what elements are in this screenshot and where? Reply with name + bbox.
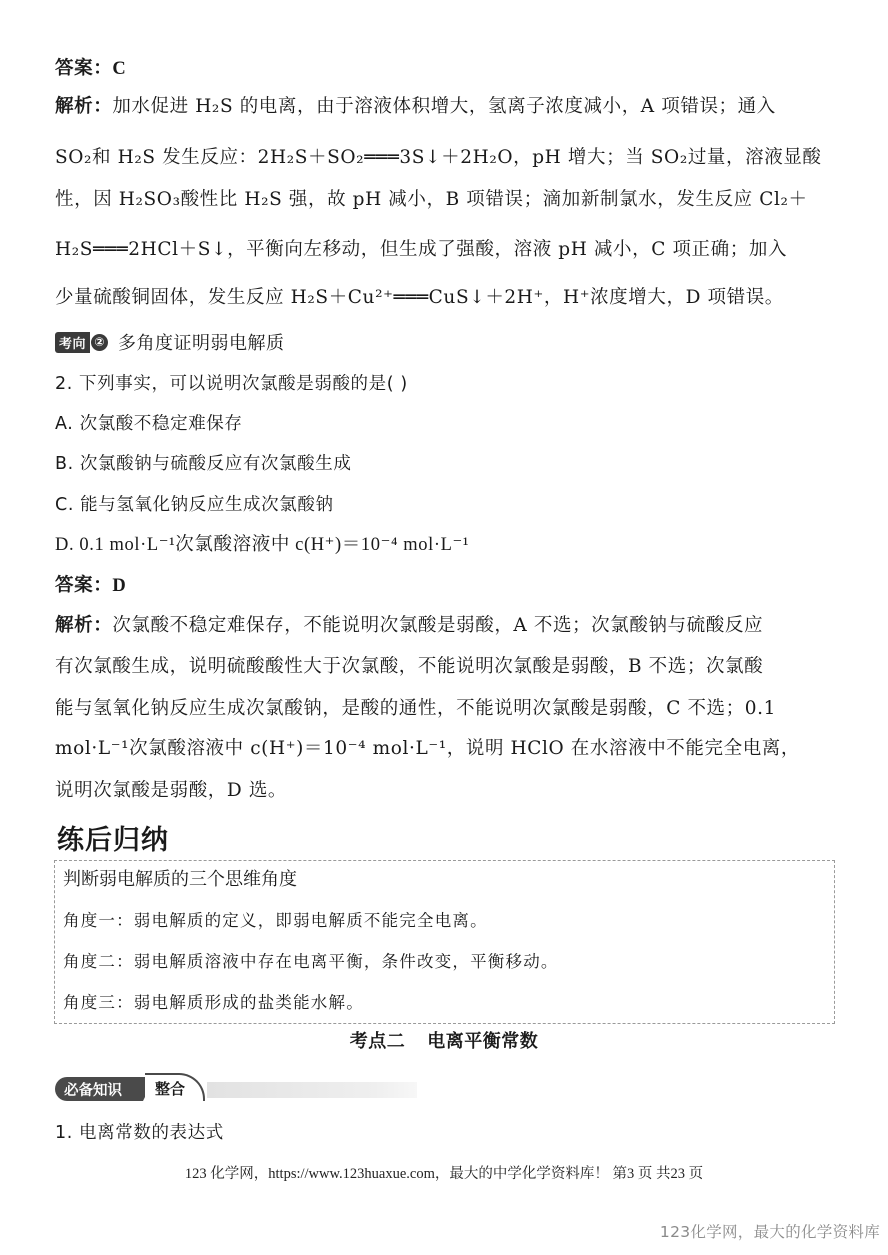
answer-label: 答案： [55,58,112,79]
section-heading: 考点二电离平衡常数 [0,1027,888,1053]
knowledge-banner: 必备知识 整合 [55,1076,415,1102]
page-footer: 123 化学网，https://www.123huaxue.com，最大的中学化… [0,1162,888,1183]
summary-item: 角度一：弱电解质的定义，即弱电解质不能完全电离。 [63,907,488,931]
answer-value: D [112,576,126,596]
answer-label: 答案： [55,575,112,596]
summary-box-title: 判断弱电解质的三个思维角度 [63,865,297,891]
section-title: 电离平衡常数 [427,1031,538,1052]
knowledge-bar [207,1082,417,1098]
analysis-line: 少量硫酸铜固体，发生反应 H₂S＋Cu²⁺═══CuS↓＋2H⁺，H⁺浓度增大，… [55,286,835,310]
option-a: A. 次氯酸不稳定难保存 [55,412,835,436]
answer-value: C [112,59,126,79]
watermark: 123化学网，最大的化学资料库 [660,1220,880,1242]
option-b: B. 次氯酸钠与硫酸反应有次氯酸生成 [55,452,835,476]
knowledge-item: 1. 电离常数的表达式 [55,1121,835,1145]
analysis-line: 性，因 H₂SO₃酸性比 H₂S 强，故 pH 减小，B 项错误；滴加新制氯水，… [55,188,835,212]
knowledge-light-label: 整合 [145,1073,205,1101]
summary-box: 判断弱电解质的三个思维角度 角度一：弱电解质的定义，即弱电解质不能完全电离。 角… [54,860,835,1024]
summary-item: 角度三：弱电解质形成的盐类能水解。 [63,989,364,1013]
question-text: 2. 下列事实，可以说明次氯酸是弱酸的是( ) [55,372,835,396]
option-c: C. 能与氢氧化钠反应生成次氯酸钠 [55,493,835,517]
analysis-line: 解析：加水促进 H₂S 的电离，由于溶液体积增大，氢离子浓度减小，A 项错误；通… [55,95,835,119]
summary-heading: 练后归纳 [57,818,169,857]
answer-line-1: 答案：C [55,57,835,81]
direction-heading: 考向② 多角度证明弱电解质 [55,330,285,354]
direction-title: 多角度证明弱电解质 [118,329,285,355]
direction-number-icon: ② [91,334,108,351]
analysis-line: SO₂和 H₂S 发生反应：2H₂S＋SO₂═══3S↓＋2H₂O，pH 增大；… [55,146,835,170]
section-number: 考点二 [350,1031,406,1052]
direction-badge: 考向 [55,332,90,353]
analysis-line: 解析：次氯酸不稳定难保存，不能说明次氯酸是弱酸，A 不选；次氯酸钠与硫酸反应 [55,614,835,638]
analysis-text: 次氯酸不稳定难保存，不能说明次氯酸是弱酸，A 不选；次氯酸钠与硫酸反应 [112,615,763,636]
summary-item: 角度二：弱电解质溶液中存在电离平衡，条件改变，平衡移动。 [63,948,559,972]
analysis-text: 加水促进 H₂S 的电离，由于溶液体积增大，氢离子浓度减小，A 项错误；通入 [112,96,776,117]
option-d: D. 0.1 mol·L⁻¹次氯酸溶液中 c(H⁺)＝10⁻⁴ mol·L⁻¹ [55,533,835,557]
analysis-line: 能与氢氧化钠反应生成次氯酸钠，是酸的通性，不能说明次氯酸是弱酸，C 不选；0.1 [55,697,835,721]
knowledge-dark-label: 必备知识 [55,1077,155,1101]
analysis-label: 解析： [55,96,112,117]
analysis-line: mol·L⁻¹次氯酸溶液中 c(H⁺)＝10⁻⁴ mol·L⁻¹，说明 HClO… [55,737,835,761]
analysis-line: 说明次氯酸是弱酸，D 选。 [55,779,835,803]
document-page: 答案：C 解析：加水促进 H₂S 的电离，由于溶液体积增大，氢离子浓度减小，A … [0,0,888,1255]
answer-line-2: 答案：D [55,574,835,598]
analysis-line: H₂S═══2HCl＋S↓，平衡向左移动，但生成了强酸，溶液 pH 减小，C 项… [55,238,835,262]
analysis-label: 解析： [55,615,112,636]
analysis-line: 有次氯酸生成，说明硫酸酸性大于次氯酸，不能说明次氯酸是弱酸，B 不选；次氯酸 [55,655,835,679]
